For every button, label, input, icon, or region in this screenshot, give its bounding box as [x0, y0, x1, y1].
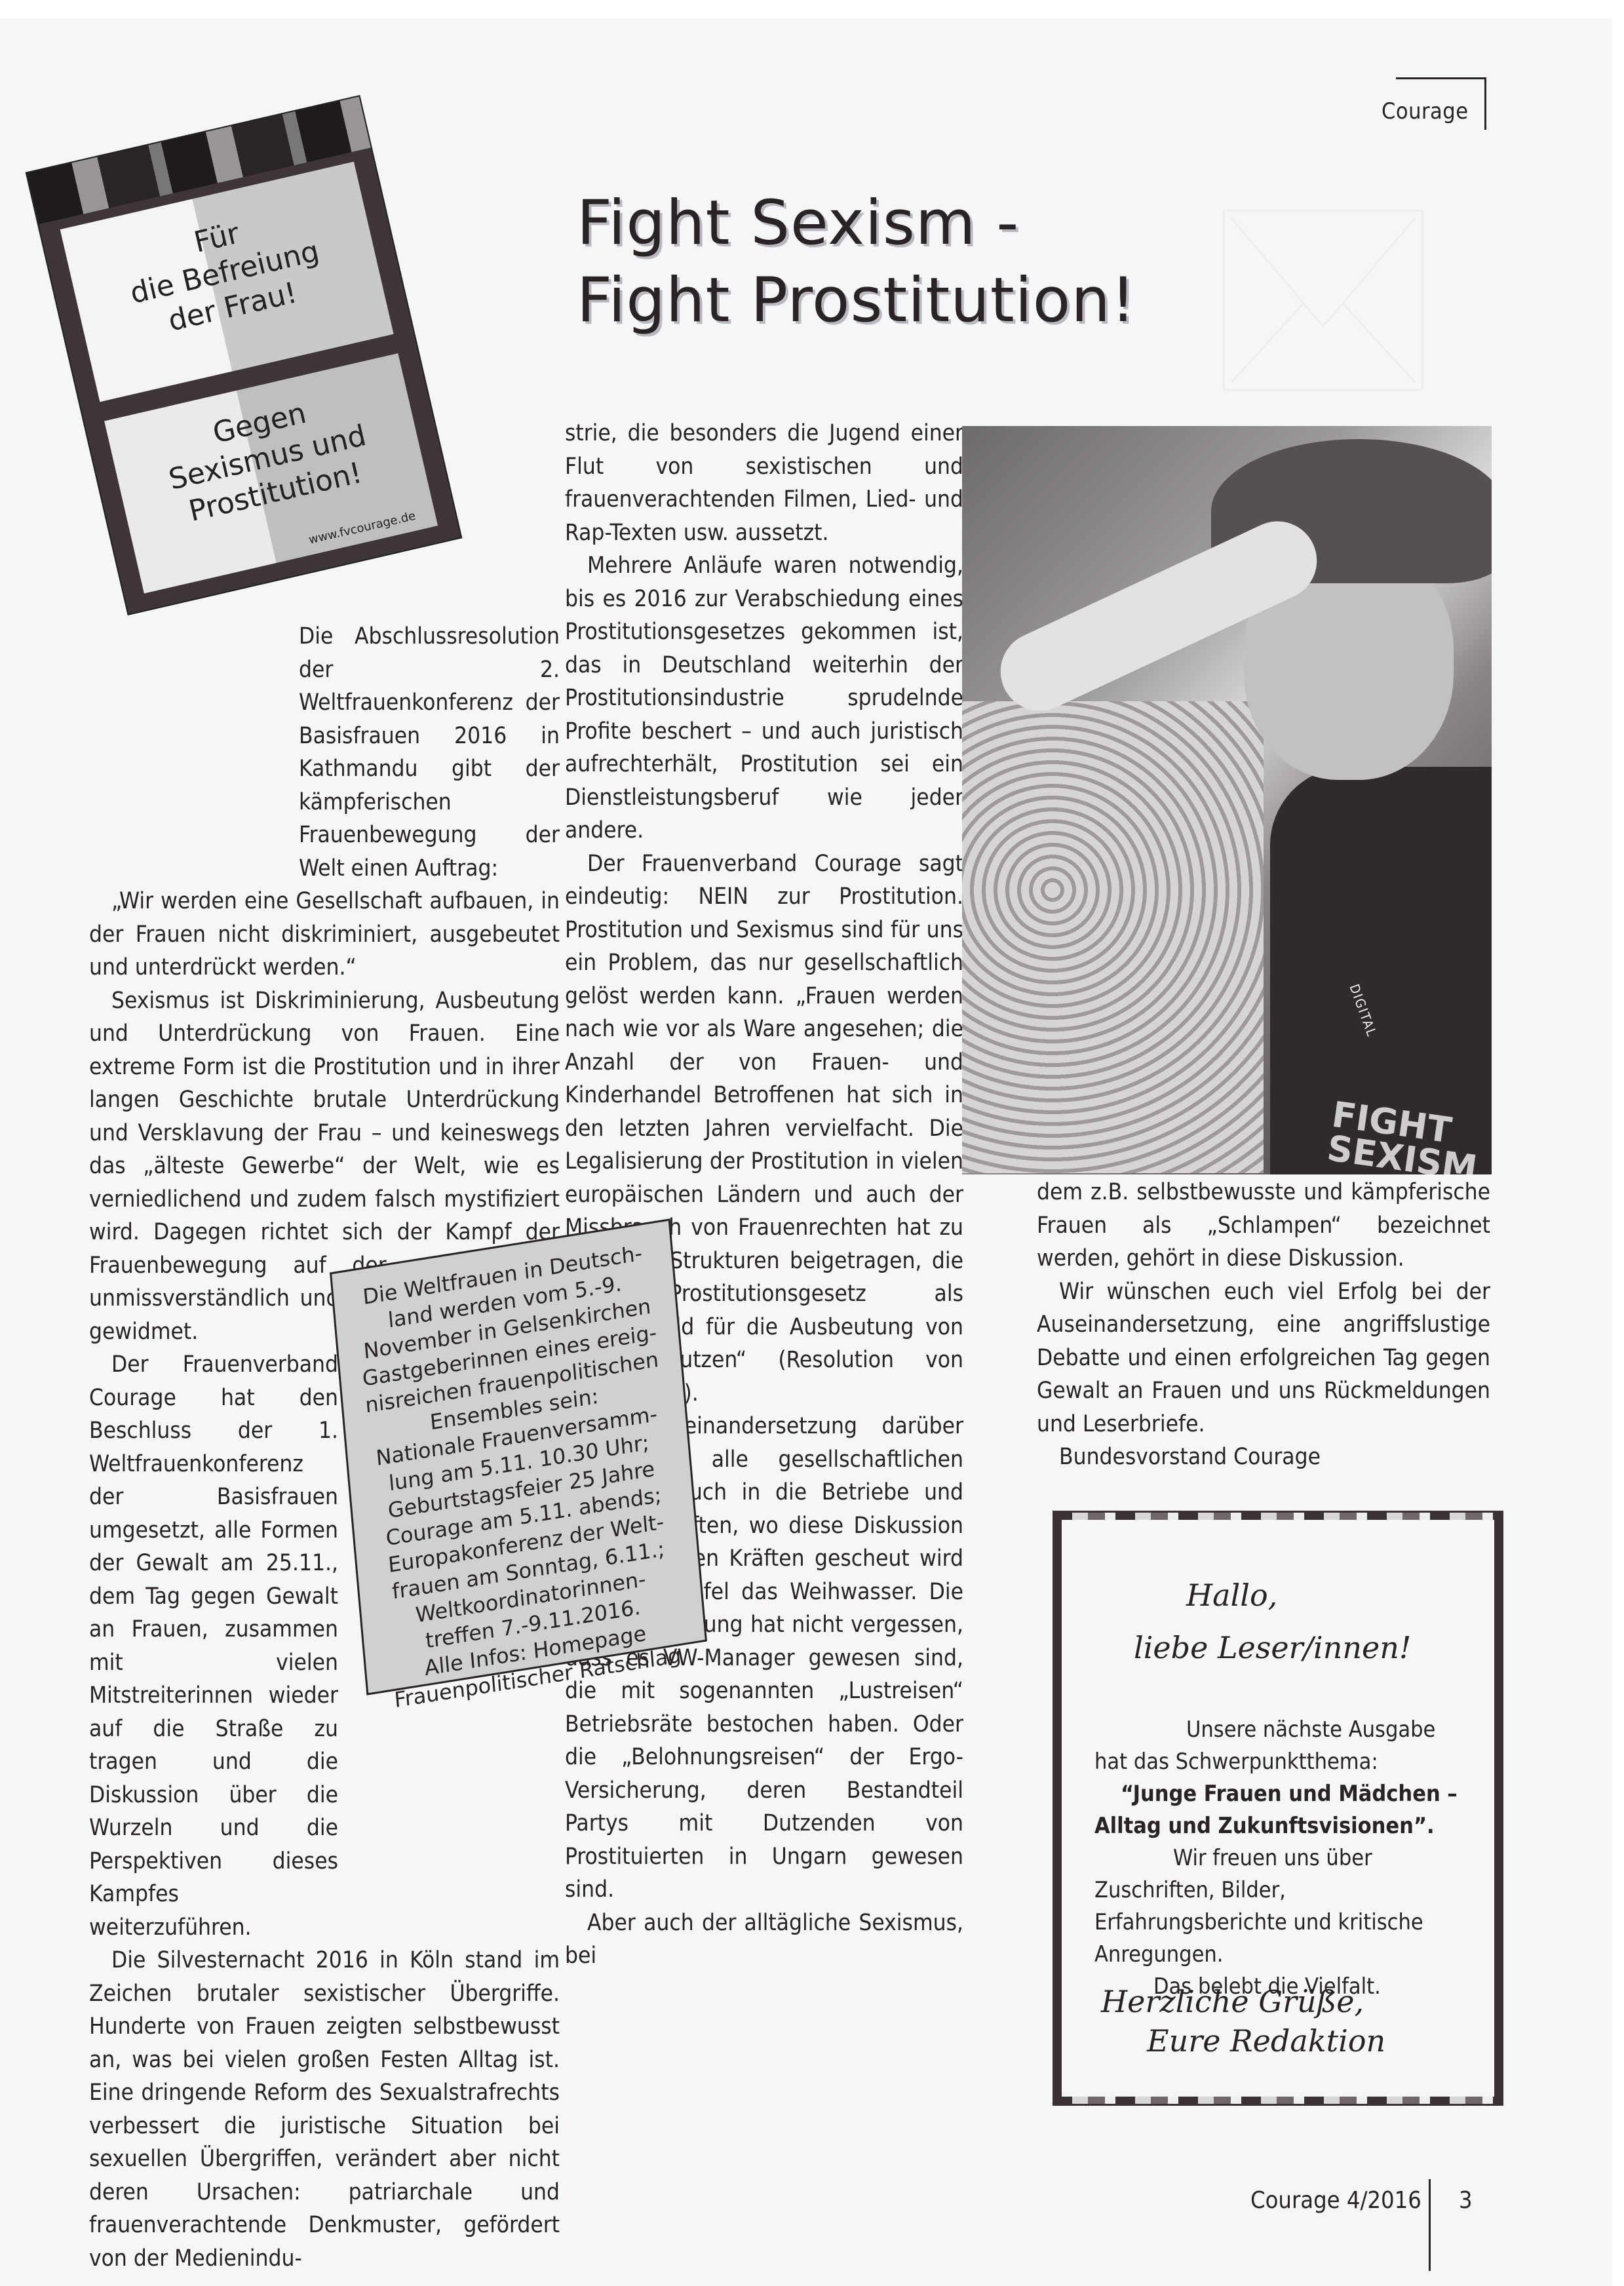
running-head-rule	[1396, 77, 1486, 79]
footer-rule	[1429, 2179, 1431, 2271]
title-line-1: Fight Sexism -	[577, 185, 1136, 262]
paragraph: Die Abschlussresolution der 2. Weltfraue…	[89, 620, 560, 885]
running-head: Courage	[1382, 98, 1469, 125]
footer-issue: Courage 4/2016	[1250, 2187, 1421, 2214]
running-head-rule-vertical	[1484, 77, 1486, 130]
article-column-3: dem z.B. selbstbewusste und kämpferische…	[1037, 1176, 1490, 1474]
article-title: Fight Sexism - Fight Prostitution!	[577, 185, 1136, 339]
paisley-scarf	[962, 701, 1264, 1173]
paragraph: Die Silvesternacht 2016 in Köln stand im…	[89, 1944, 560, 2275]
page-right-edge	[1612, 0, 1624, 2286]
paragraph: Aber auch der alltägliche Sexismus, bei	[565, 1907, 963, 1973]
letter-body: Unsere nächste Ausgabe hat das Schwerpun…	[1094, 1714, 1458, 2003]
greeting-readers: liebe Leser/innen!	[1134, 1630, 1411, 1665]
paragraph: dem z.B. selbstbewusste und kämpferische…	[1037, 1176, 1490, 1275]
page-top-edge	[0, 0, 1624, 18]
sign-off-greeting: Herzliche Grüße,	[1101, 1984, 1364, 2019]
title-line-2: Fight Prostitution!	[577, 262, 1136, 339]
sign-off-editors: Eure Redaktion	[1147, 2023, 1385, 2059]
greeting-hello: Hallo,	[1186, 1578, 1277, 1613]
letter-to-readers-box: Hallo, liebe Leser/innen! Unsere nächste…	[1053, 1511, 1503, 2106]
paragraph: strie, die besonders die Jugend einer Fl…	[565, 417, 963, 549]
next-issue-theme: “Junge Frauen und Mädchen – Alltag und Z…	[1094, 1778, 1458, 1842]
paragraph: „Wir werden eine Gesellschaft aufbauen, …	[89, 885, 560, 984]
signature: Bundesvorstand Courage	[1037, 1441, 1490, 1474]
paragraph: Der Frauenverband Courage hat den Beschl…	[89, 1348, 338, 1944]
event-info-box: Die Weltfrauen in Deutsch- land werden v…	[330, 1218, 707, 1695]
event-info-text: Die Weltfrauen in Deutsch- land werden v…	[333, 1235, 707, 1718]
poster-url: www.fvcourage.de	[307, 509, 417, 547]
demonstration-photo: DIGITAL FIGHT SEXISM	[962, 426, 1492, 1174]
poster-photo: Für die Befreiung der Frau! Gegen Sexism…	[26, 95, 463, 615]
envelope-icon	[1223, 210, 1423, 391]
page-number: 3	[1459, 2187, 1473, 2214]
paragraph: Mehrere Anläufe waren notwendig, bis es …	[565, 549, 963, 847]
paragraph: Wir wünschen euch viel Erfolg bei der Au…	[1037, 1275, 1490, 1441]
article-column-2: strie, die besonders die Jugend einer Fl…	[565, 417, 963, 1973]
